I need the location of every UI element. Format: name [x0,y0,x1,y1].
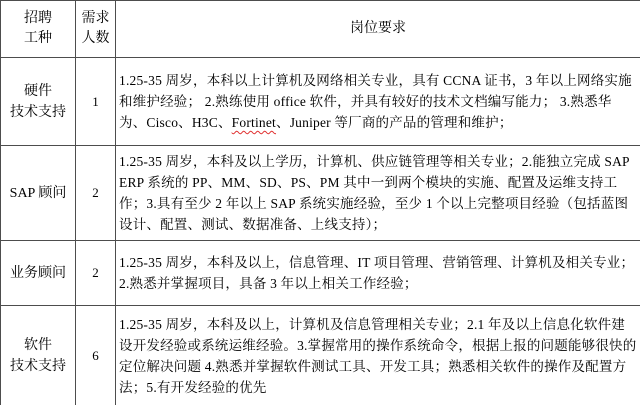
header-count: 需求 人数 [76,1,116,58]
requirements-cell: 1.25-35 周岁，本科及以上，计算机及信息管理相关专业；2.1 年及以上信息… [116,306,640,405]
table-row-business-consultant: 业务顾问 2 1.25-35 周岁，本科及以上，信息管理、IT 项目管理、营销管… [1,241,640,306]
spellcheck-flagged-word: Fortinet [232,115,276,130]
table-row-hardware-support: 硬件 技术支持 1 1.25-35 周岁，本科以上计算机及网络相关专业，具有 C… [1,58,640,146]
recruitment-table: 招聘 工种 需求 人数 岗位要求 硬件 技术支持 1 1.25-35 周岁，本科… [0,0,640,405]
header-requirements: 岗位要求 [116,1,640,58]
requirements-cell: 1.25-35 周岁，本科及以上学历，计算机、供应链管理等相关专业；2.能独立完… [116,146,640,241]
count-cell: 1 [76,58,116,146]
table-row-sap-consultant: SAP 顾问 2 1.25-35 周岁，本科及以上学历，计算机、供应链管理等相关… [1,146,640,241]
position-cell: 业务顾问 [1,241,76,306]
position-cell: 软件 技术支持 [1,306,76,405]
position-cell: 硬件 技术支持 [1,58,76,146]
count-cell: 6 [76,306,116,405]
count-cell: 2 [76,241,116,306]
requirements-text: 、Juniper 等厂商的产品的管理和维护； [276,115,513,130]
table-row-software-support: 软件 技术支持 6 1.25-35 周岁，本科及以上，计算机及信息管理相关专业；… [1,306,640,405]
position-cell: SAP 顾问 [1,146,76,241]
requirements-cell: 1.25-35 周岁，本科以上计算机及网络相关专业，具有 CCNA 证书，3 年… [116,58,640,146]
header-position: 招聘 工种 [1,1,76,58]
table-header-row: 招聘 工种 需求 人数 岗位要求 [1,1,640,58]
requirements-cell: 1.25-35 周岁，本科及以上，信息管理、IT 项目管理、营销管理、计算机及相… [116,241,640,306]
count-cell: 2 [76,146,116,241]
